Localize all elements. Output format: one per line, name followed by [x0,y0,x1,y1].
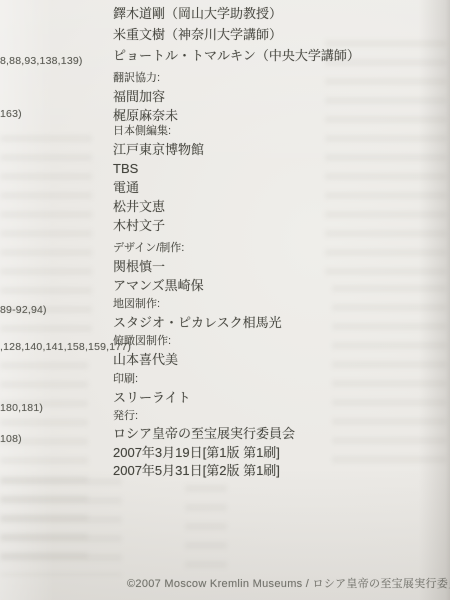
credit-section-japan-editing: 日本側編集: 江戸東京博物館 TBS 電通 松井文恵 木村文子 [113,124,204,235]
margin-number-fragment: 8,88,93,138,139) [0,55,83,67]
credit-line: 江戸東京博物館 [113,140,204,159]
credit-line: 山本喜代美 [113,350,178,369]
credit-line: ピョートル・トマルキン（中央大学講師） [113,45,360,66]
credit-section-publisher: 発行: ロシア皇帝の至宝展実行委員会 2007年3月19日[第1版 第1刷] 2… [113,409,295,481]
credit-line: 2007年3月19日[第1版 第1刷] [113,444,295,463]
credit-section-design: デザイン/制作: 関根慎一 アマンズ黒崎保 [113,241,204,295]
credit-section-birdseye-view: 俯瞰図制作: 山本喜代美 [113,334,178,369]
credit-line: 関根慎一 [113,257,204,276]
credit-line: アマンズ黒崎保 [113,276,204,295]
credit-line: 木村文子 [113,216,204,235]
showthrough-texture [332,285,447,470]
credit-line: TBS [113,159,204,178]
margin-number-fragment: 163) [0,108,22,120]
credit-section-label: 発行: [113,409,295,423]
credit-section-label: 印刷: [113,372,191,386]
margin-number-fragment: 108) [0,433,22,445]
credit-line: スリーライト [113,388,191,407]
margin-number-fragment: ,128,140,141,158,159,177) [0,341,131,353]
credit-line: 米重文樹（神奈川大学講師） [113,24,360,45]
credit-line: 2007年5月31日[第2版 第1刷] [113,462,295,481]
credit-section-label: 俯瞰図制作: [113,334,178,348]
showthrough-texture [325,40,447,275]
margin-number-fragment: 89-92,94) [0,304,47,316]
credit-section-translation: 翻訳協力: 福間加容 梶原麻奈未 [113,71,178,125]
credit-line: 福間加容 [113,87,178,106]
credit-section-label: デザイン/制作: [113,241,204,255]
credit-line: 松井文恵 [113,197,204,216]
showthrough-texture [0,478,122,576]
credit-section-label: 地図制作: [113,297,282,311]
credit-line: スタジオ・ピカレスク相馬光 [113,313,282,332]
credit-section-printing: 印刷: スリーライト [113,372,191,407]
credit-section-label: 翻訳協力: [113,71,178,85]
credit-section-supervisors: 鐸木道剛（岡山大学助教授） 米重文樹（神奈川大学講師） ピョートル・トマルキン（… [113,3,360,66]
credit-line: ロシア皇帝の至宝展実行委員会 [113,425,295,444]
credit-section-label: 日本側編集: [113,124,204,138]
showthrough-texture [0,362,88,562]
credit-line: 鐸木道剛（岡山大学助教授） [113,3,360,24]
book-page-photo: 8,88,93,138,139) 163) 89-92,94) ,128,140… [0,0,450,600]
credit-section-maps: 地図制作: スタジオ・ピカレスク相馬光 [113,297,282,332]
margin-number-fragment: 180,181) [0,402,43,414]
copyright-line: ©2007 Moscow Kremlin Museums / ロシア皇帝の至宝展… [127,575,450,591]
credit-line: 梶原麻奈未 [113,106,178,125]
credit-line: 電通 [113,178,204,197]
showthrough-texture [185,485,227,573]
